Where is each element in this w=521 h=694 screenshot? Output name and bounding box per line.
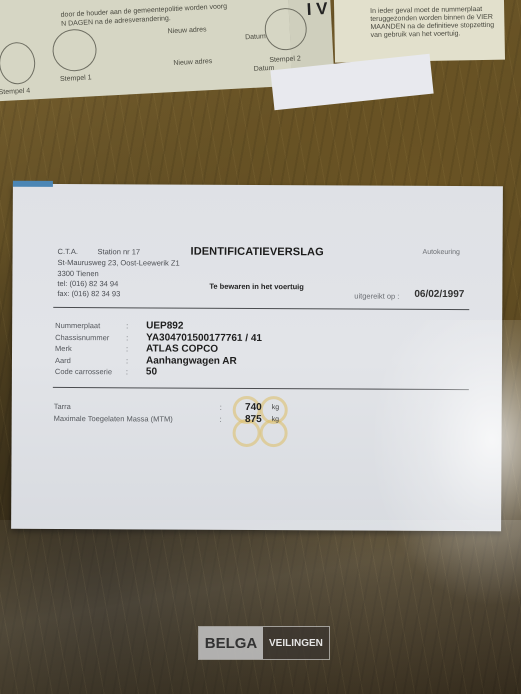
field-separator: : (126, 368, 128, 377)
mass-separator: : (220, 415, 222, 424)
issuer-name: C.T.A. (58, 247, 78, 258)
booklet-text-line: keersbelasting verschuldigd. (370, 0, 458, 1)
mass-label: Tarra (54, 402, 71, 411)
field-label: Chassisnummer (55, 333, 109, 342)
field-label: Nummerplaat (55, 321, 100, 330)
roman-numeral-iv: I V (306, 0, 328, 18)
field-separator: : (126, 321, 128, 330)
mass-separator: : (220, 403, 222, 412)
field-value: UEP892 (146, 320, 183, 331)
mass-value: 875 (232, 414, 262, 425)
field-value: YA304701500177761 / 41 (146, 332, 262, 344)
field-separator: : (126, 333, 128, 342)
field-label: Merk (55, 344, 72, 353)
booklet-right-page: zonder bijt de ver- keersbelasting versc… (333, 0, 505, 63)
document-title: IDENTIFICATIEVERSLAG (191, 246, 324, 259)
watermark-brand: BELGA (199, 627, 263, 659)
issuer-fax: fax: (016) 82 34 93 (57, 289, 120, 300)
field-separator: : (126, 356, 128, 365)
watermark-sub: VEILINGEN (263, 627, 329, 659)
mass-value: 740 (232, 402, 262, 413)
date-label-1: Datum (245, 33, 266, 41)
stamp-label-2: Stempel 2 (269, 55, 301, 64)
stamp-label-1: Stempel 1 (60, 74, 92, 83)
new-address-label-2: Nieuw adres (173, 58, 212, 67)
plastic-sheet (0, 520, 521, 694)
divider-top (53, 307, 469, 310)
hologram-ring (260, 419, 288, 447)
mass-unit: kg (272, 404, 279, 411)
new-address-label-1: Nieuw adres (168, 26, 207, 35)
stamp-circle-4 (0, 41, 36, 85)
stamp-label-4: Stempel 4 (0, 88, 30, 97)
stamp-circle-1 (51, 28, 97, 72)
document-category: Autokeuring (423, 249, 460, 256)
field-label: Aard (55, 356, 71, 365)
issued-date: 06/02/1997 (414, 289, 464, 300)
issuer-station: Station nr 17 (98, 247, 141, 258)
mass-label: Maximale Toegelaten Massa (MTM) (54, 414, 173, 424)
booklet-text-line: MAANDEN na de definitieve stopzetting (370, 22, 494, 31)
field-label: Code carrosserie (55, 367, 112, 376)
field-value: 50 (146, 367, 157, 378)
field-separator: : (126, 345, 128, 354)
issuer-street: St-Maurusweg 23, Oost-Leewerik Z1 (57, 258, 179, 269)
booklet-left-page: door de houder aan de gemeentepolitie wo… (0, 0, 294, 102)
field-value: ATLAS COPCO (146, 344, 218, 355)
mass-unit: kg (272, 416, 279, 423)
booklet-text-line: van gebruik van het voertuig. (371, 30, 461, 39)
belga-veilingen-watermark: BELGA VEILINGEN (198, 626, 330, 660)
issued-label: uitgereikt op : (354, 292, 399, 301)
keep-in-vehicle-instruction: Te bewaren in het voertuig (209, 282, 304, 291)
field-value: Aanhangwagen AR (146, 355, 237, 366)
